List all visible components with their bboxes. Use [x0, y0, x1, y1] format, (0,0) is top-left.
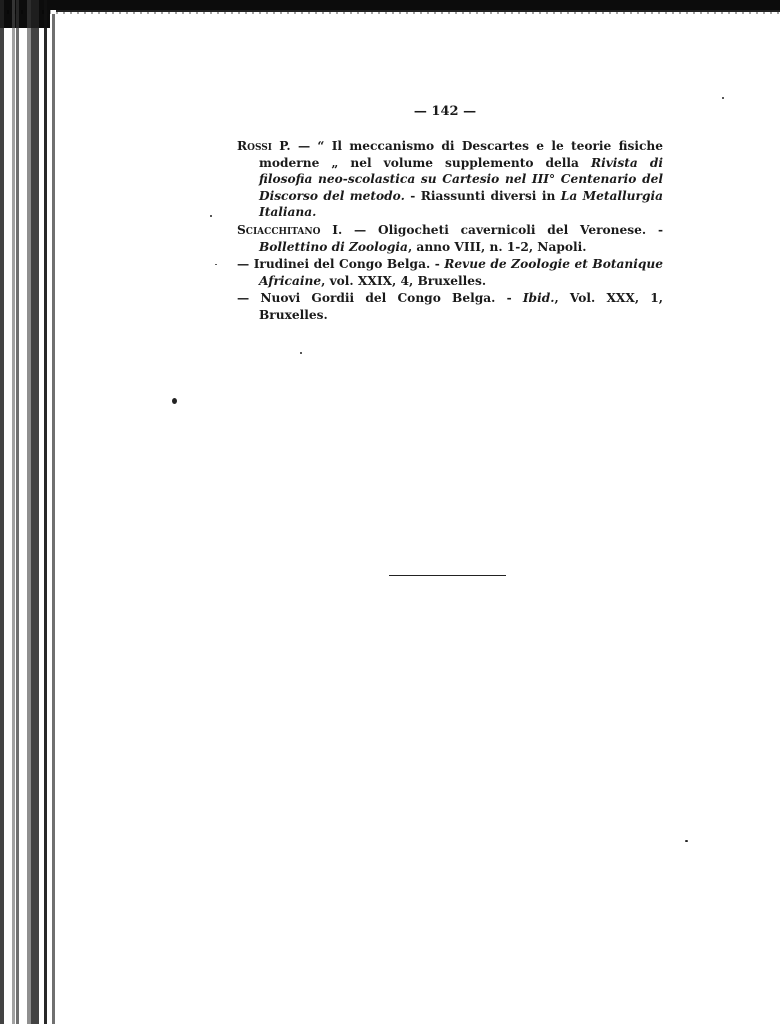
entry-text: , anno VIII, n. 1-2, Napoli. — [408, 240, 587, 254]
bibliography-entry: — Nuovi Gordii del Congo Belga. - Ibid.,… — [237, 290, 663, 323]
entry-text: — Oligocheti cavernicoli del Veronese. - — [342, 223, 663, 237]
scan-speck — [300, 352, 302, 354]
scan-speck — [210, 215, 212, 217]
entry-author: Sciacchitano I. — [237, 223, 342, 237]
bibliography-list: Rossi P. — “ Il meccanismo di Descartes … — [237, 138, 663, 324]
bibliography-entry: Sciacchitano I. — Oligocheti cavernicoli… — [237, 222, 663, 255]
entry-text: — Irudinei del Congo Belga. - — [237, 257, 444, 271]
book-binding-edge — [52, 14, 55, 1024]
bibliography-entry: — Irudinei del Congo Belga. - Revue de Z… — [237, 256, 663, 289]
bibliography-entry: Rossi P. — “ Il meccanismo di Descartes … — [237, 138, 663, 221]
entry-text: , vol. XXIX, 4, Bruxelles. — [321, 274, 486, 288]
book-binding-edge — [0, 0, 4, 1024]
scan-speck — [172, 398, 177, 404]
entry-author: Rossi P. — [237, 139, 291, 153]
book-binding-edge — [16, 0, 19, 1024]
page-top-border — [56, 10, 780, 12]
entry-text: — Nuovi Gordii del Congo Belga. - — [237, 291, 523, 305]
entry-publication-title: Ibid. — [523, 291, 555, 305]
book-binding-edge — [31, 0, 39, 1024]
scan-speck — [685, 840, 688, 842]
book-binding-edge — [12, 0, 15, 1024]
scan-speck — [215, 264, 217, 265]
entry-text: - Riassunti diversi in — [405, 189, 561, 203]
book-binding-edge — [44, 0, 47, 1024]
scan-speck — [722, 97, 724, 99]
page-number: — 142 — — [0, 104, 780, 119]
section-divider — [389, 575, 506, 576]
entry-publication-title: Bollettino di Zoologia — [259, 240, 408, 254]
scan-top-edge — [0, 0, 780, 10]
